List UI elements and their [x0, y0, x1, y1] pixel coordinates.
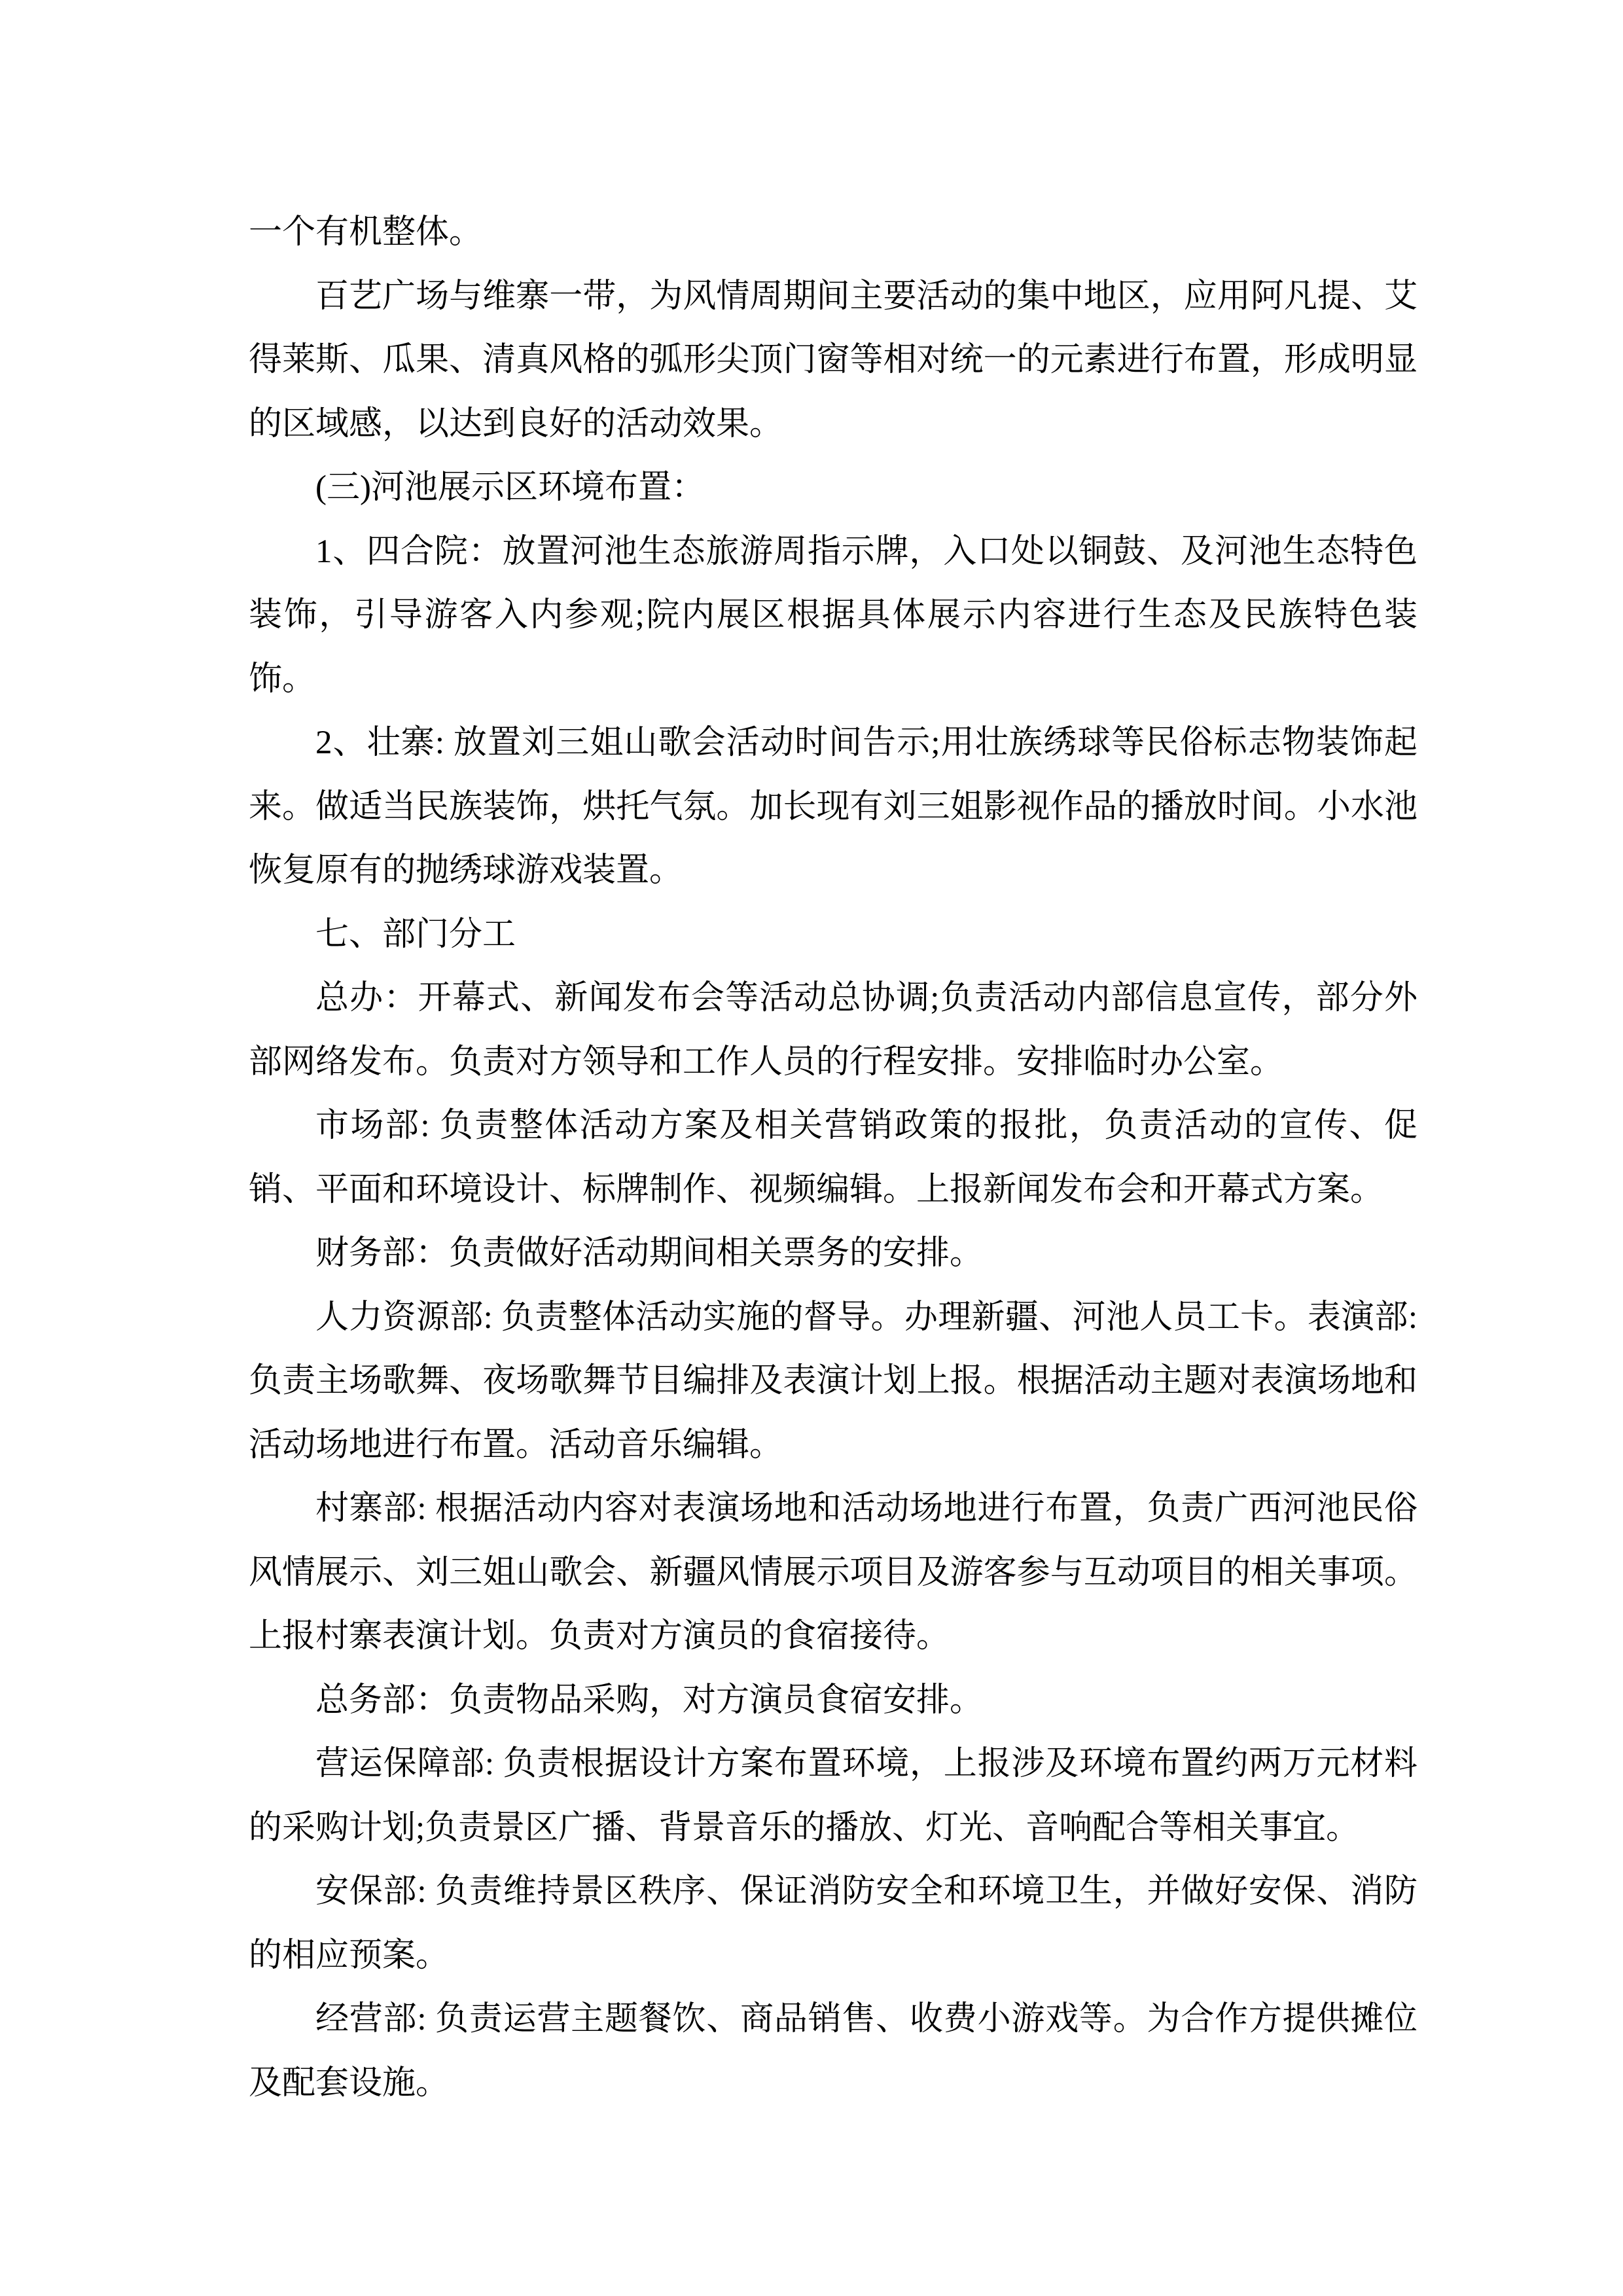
paragraph: 总办：开幕式、新闻发布会等活动总协调;负责活动内部信息宣传，部分外部网络发布。负…	[249, 967, 1418, 1094]
paragraph: 财务部：负责做好活动期间相关票务的安排。	[249, 1222, 1418, 1286]
paragraph: 营运保障部: 负责根据设计方案布置环境，上报涉及环境布置约两万元材料的采购计划;…	[249, 1732, 1418, 1860]
document-body: 一个有机整体。百艺广场与维寨一带，为风情周期间主要活动的集中地区，应用阿凡提、艾…	[249, 201, 1418, 2115]
paragraph: 村寨部: 根据活动内容对表演场地和活动场地进行布置，负责广西河池民俗风情展示、刘…	[249, 1477, 1418, 1669]
paragraph: 人力资源部: 负责整体活动实施的督导。办理新疆、河池人员工卡。表演部: 负责主场…	[249, 1286, 1418, 1478]
document-page: 一个有机整体。百艺广场与维寨一带，为风情周期间主要活动的集中地区，应用阿凡提、艾…	[0, 0, 1623, 2296]
paragraph: 经营部: 负责运营主题餐饮、商品销售、收费小游戏等。为合作方提供摊位及配套设施。	[249, 1988, 1418, 2115]
paragraph: 总务部：负责物品采购，对方演员食宿安排。	[249, 1669, 1418, 1733]
paragraph: 一个有机整体。	[249, 201, 1418, 265]
paragraph: 百艺广场与维寨一带，为风情周期间主要活动的集中地区，应用阿凡提、艾得莱斯、瓜果、…	[249, 265, 1418, 457]
paragraph: 2、壮寨: 放置刘三姐山歌会活动时间告示;用壮族绣球等民俗标志物装饰起来。做适当…	[249, 711, 1418, 903]
paragraph: 1、四合院：放置河池生态旅游周指示牌，入口处以铜鼓、及河池生态特色装饰，引导游客…	[249, 520, 1418, 712]
paragraph: 市场部: 负责整体活动方案及相关营销政策的报批，负责活动的宣传、促销、平面和环境…	[249, 1094, 1418, 1222]
paragraph: 七、部门分工	[249, 903, 1418, 967]
paragraph: 安保部: 负责维持景区秩序、保证消防安全和环境卫生，并做好安保、消防的相应预案。	[249, 1860, 1418, 1988]
paragraph: (三)河池展示区环境布置：	[249, 456, 1418, 520]
